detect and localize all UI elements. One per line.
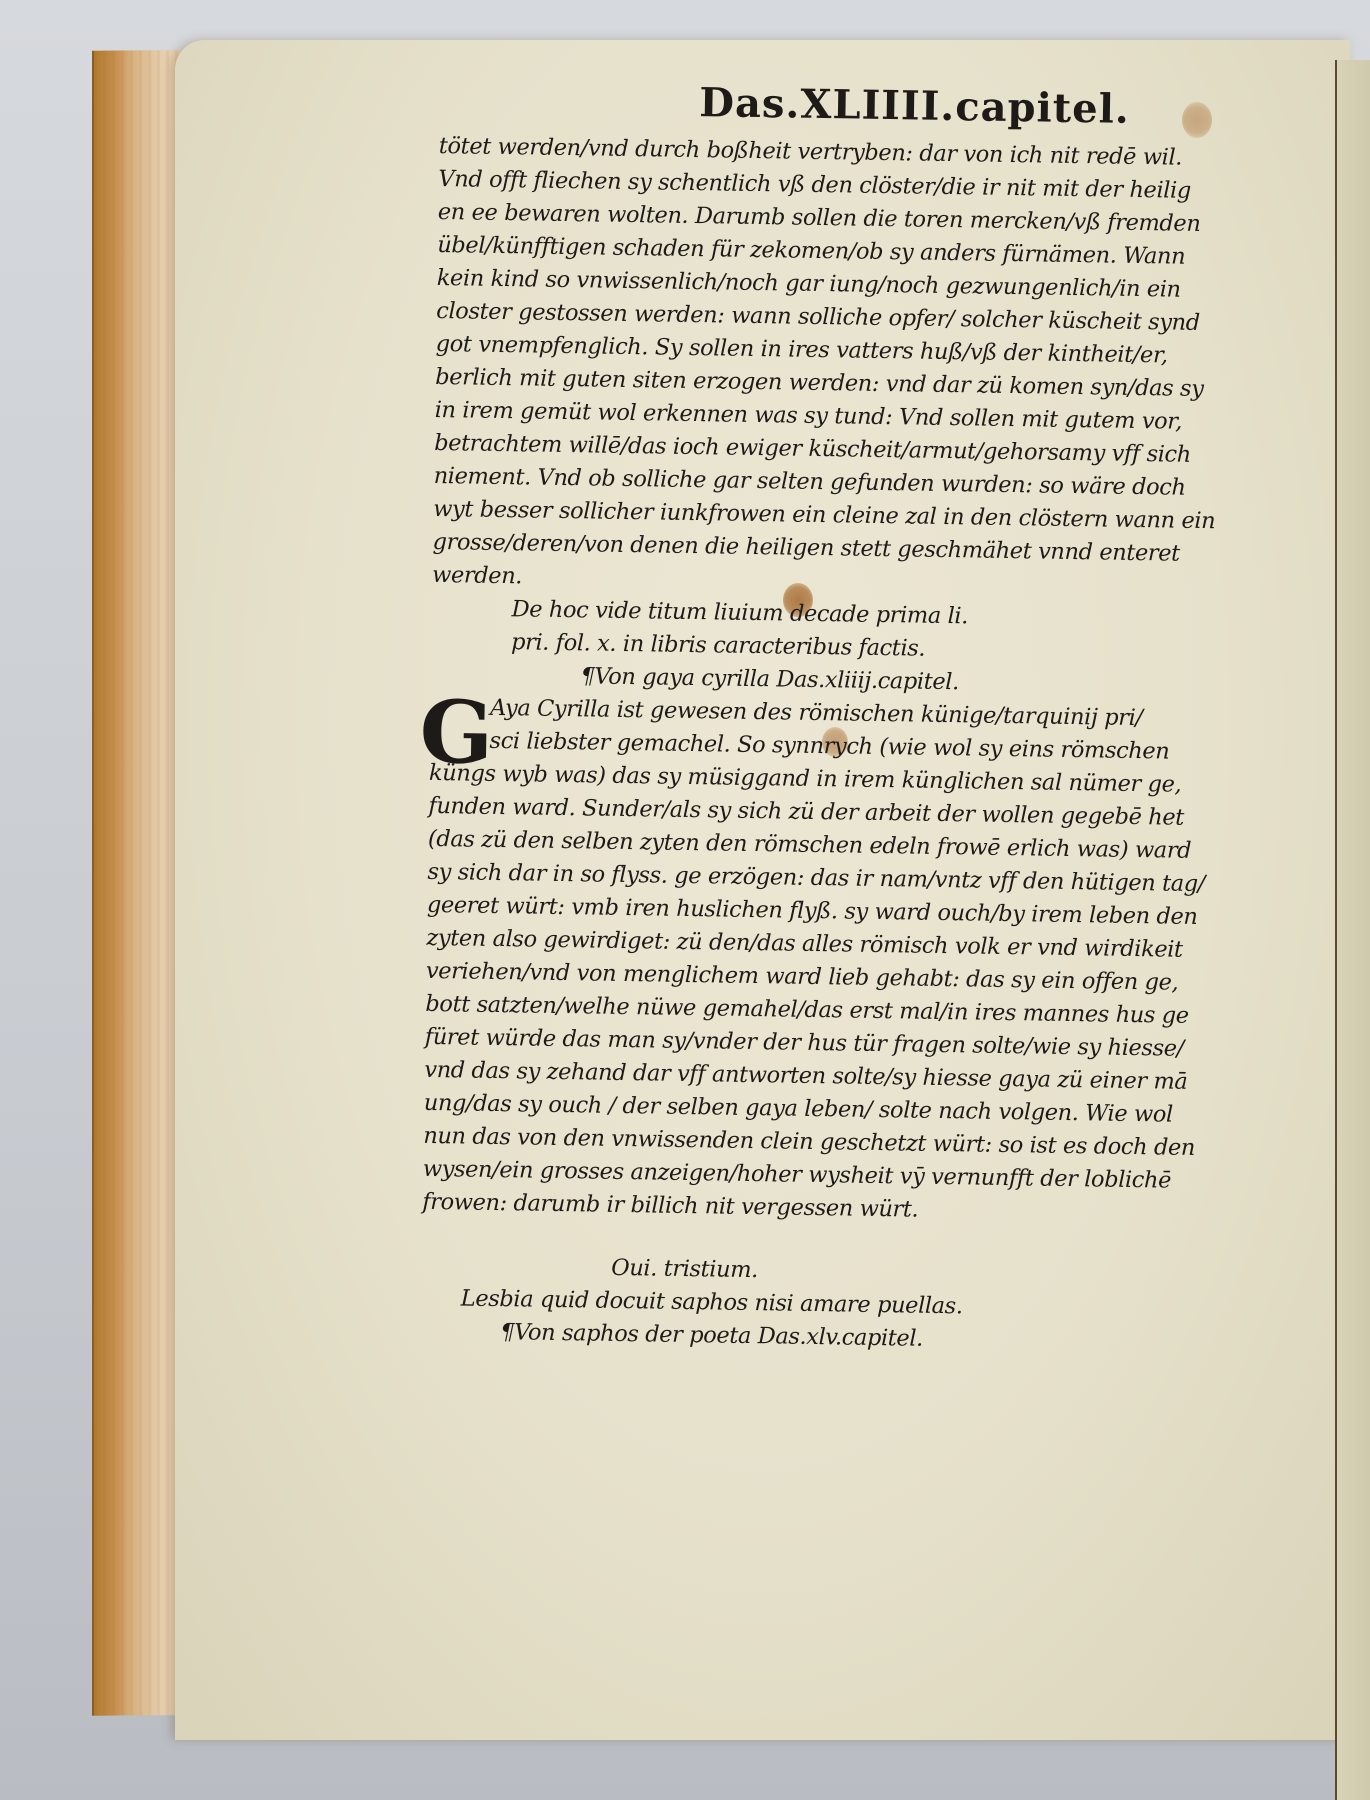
latin-note: De hoc vide titum liuium decade prima li… — [431, 592, 1292, 672]
page-text: Das.XLIIII.capitel. tötet werden/vnd dur… — [420, 75, 1300, 1361]
drop-cap-initial: G — [419, 693, 494, 774]
paragraph-2: G Aya Cyrilla ist gewesen des römischen … — [422, 691, 1290, 1232]
paragraph-1: tötet werden/vnd durch boßheit vertryben… — [432, 130, 1299, 605]
facing-page-edge — [1335, 60, 1370, 1800]
